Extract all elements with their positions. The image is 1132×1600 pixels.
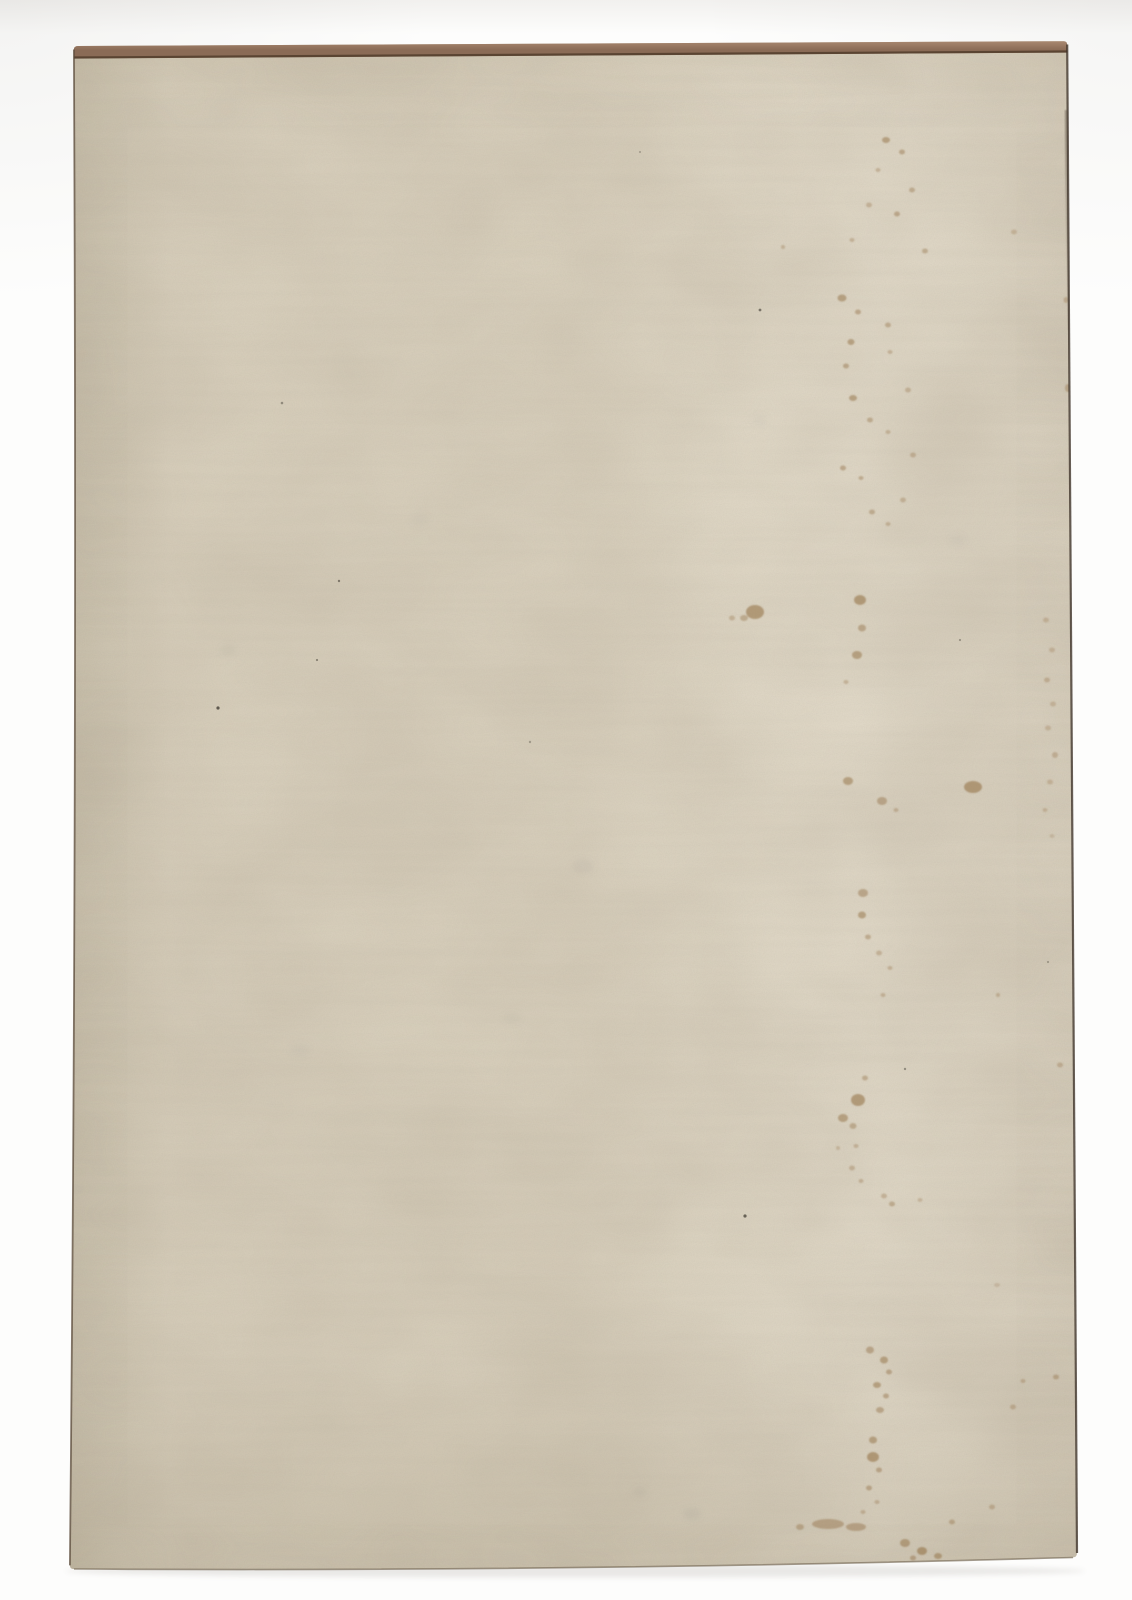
foxing-spot [1043,618,1049,623]
ink-speck [759,309,762,312]
foxing-spot [846,1523,866,1531]
foxing-spot [843,364,849,369]
foxing-spot [877,797,887,805]
foxing-spot [1053,1375,1059,1380]
foxing-spot [1047,780,1053,785]
foxing-spot [849,395,857,401]
gray-smudge [683,1508,701,1520]
foxing-spot [989,1505,995,1510]
foxing-spot [886,1370,892,1375]
foxing-spot [867,1452,879,1462]
foxing-spot [1044,678,1050,683]
foxing-spot [858,912,866,919]
gray-smudge [290,1043,310,1057]
paper-grain-texture [60,30,1090,1580]
foxing-spot [889,1202,895,1207]
foxing-spot [867,418,873,423]
foxing-spot [934,1553,942,1559]
foxing-spot [840,466,846,471]
foxing-spot [910,453,916,458]
foxing-spot [876,1407,884,1413]
foxing-spot [894,212,900,217]
foxing-spot [881,1194,887,1199]
foxing-spot [838,1114,848,1122]
foxing-spot [876,951,882,956]
foxing-spot [812,1519,844,1529]
foxing-spot [859,476,864,480]
foxing-spot [848,339,855,345]
foxing-spot [1010,1405,1016,1410]
foxing-spot [843,777,853,785]
foxing-spot [996,993,1000,997]
photograph-of-blank-aged-page [0,0,1132,1600]
foxing-spot [886,430,891,434]
foxing-spot [873,1382,881,1388]
foxing-spot [880,1357,888,1364]
gray-smudge [411,513,429,527]
foxing-spot [854,1144,859,1148]
ink-speck [281,402,284,405]
foxing-spot [865,935,871,940]
foxing-spot [1050,834,1055,838]
foxing-spot [869,1437,877,1444]
foxing-spot [994,1283,1000,1287]
ink-speck [1047,961,1049,963]
ink-speck [216,706,219,709]
foxing-spot [1057,1063,1063,1068]
foxing-spot [858,889,868,897]
foxing-spot [844,680,849,684]
foxing-spot [851,1094,865,1106]
foxing-spot [909,188,915,193]
foxing-spot [861,1510,866,1514]
gray-smudge [572,859,594,873]
foxing-spot [964,781,982,793]
foxing-spot [881,993,886,997]
foxing-spot [854,595,866,605]
foxing-spot [746,605,764,619]
ink-speck [316,659,318,661]
foxing-spot [838,295,847,302]
ink-speck [529,741,531,743]
foxing-spot [850,238,855,242]
foxing-spot [1043,808,1048,812]
foxing-spot [917,1547,927,1555]
foxing-spot [855,310,861,315]
foxing-spot [882,137,890,143]
gray-smudge [752,414,768,426]
foxing-spot [796,1524,804,1530]
foxing-spot [1011,230,1017,235]
foxing-spot [885,323,891,328]
gray-smudge [633,1487,647,1497]
foxing-spot [1045,726,1051,731]
foxing-spot [875,1500,880,1504]
gray-smudge [950,534,966,546]
foxing-spot [888,350,893,354]
ink-speck [639,151,641,153]
ink-speck [338,580,340,582]
foxing-spot [859,1179,864,1183]
gray-smudge [220,644,236,656]
foxing-spot [836,1146,840,1150]
paper-surface-detail [60,30,1090,1580]
foxing-spot [862,1076,868,1081]
foxing-spot [900,498,906,503]
foxing-spot [905,388,911,393]
foxing-spot [894,808,899,812]
foxing-spot [949,1520,955,1525]
foxing-spot [886,522,891,526]
foxing-spot [1049,648,1055,653]
foxing-spot [876,168,881,172]
gray-smudge [503,1012,521,1024]
foxing-spot [922,249,928,254]
foxing-spot [781,245,785,249]
foxing-spot [729,616,735,621]
foxing-spot [850,1123,857,1129]
ink-speck [904,1068,906,1070]
foxing-spot [852,651,862,659]
foxing-spot [883,1394,889,1399]
foxing-spot [849,1166,855,1171]
foxing-spot [1050,702,1056,707]
foxing-spot [866,1486,872,1491]
foxing-spot [1021,1379,1026,1383]
foxing-spot [740,615,748,621]
foxing-spot [888,966,893,970]
foxing-spot [899,150,905,155]
foxing-spot [918,1198,923,1202]
foxing-spot [869,510,875,515]
foxing-spot [866,203,872,208]
foxing-spot [866,1347,874,1354]
foxing-spot [876,1468,882,1473]
foxing-spot [900,1539,910,1547]
foxing-spot [1052,752,1058,758]
foxing-spot [858,625,866,632]
foxing-spot [910,1556,916,1561]
ink-speck [743,1214,746,1217]
ink-speck [959,639,961,641]
